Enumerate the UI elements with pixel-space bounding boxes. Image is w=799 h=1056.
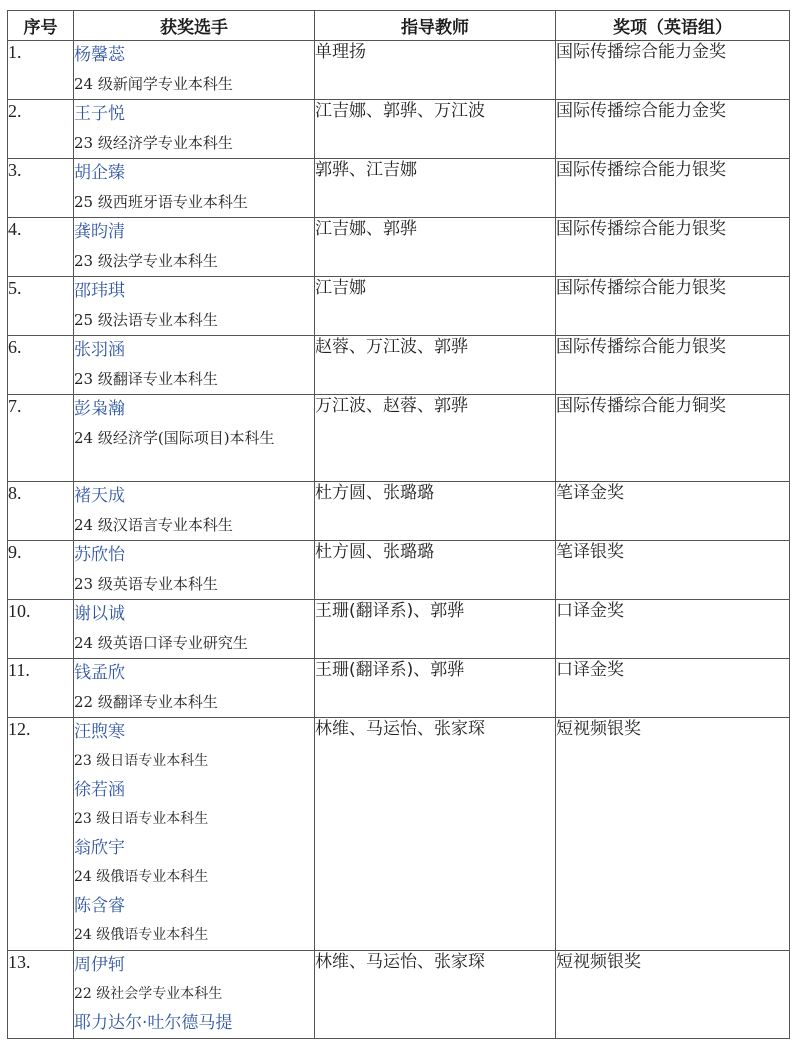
student-description: 24 级英语口译专业研究生	[74, 629, 314, 658]
table-row: 2. 王子悦 23 级经济学专业本科生 江吉娜、郭骅、万江波 国际传播综合能力金…	[8, 100, 790, 159]
award-cell: 国际传播综合能力银奖	[556, 218, 790, 277]
row-index: 7.	[8, 395, 74, 482]
row-index: 6.	[8, 336, 74, 395]
award-cell: 国际传播综合能力金奖	[556, 100, 790, 159]
teacher-cell: 林维、马运怡、张家琛	[315, 951, 556, 1039]
table-row: 1. 杨馨蕊 24 级新闻学专业本科生 单理扬 国际传播综合能力金奖	[8, 41, 790, 100]
teacher-cell: 江吉娜	[315, 277, 556, 336]
row-index: 13.	[8, 951, 74, 1039]
table-row: 8. 褚天成 24 级汉语言专业本科生 杜方圆、张璐璐 笔译金奖	[8, 482, 790, 541]
header-teacher: 指导教师	[315, 11, 556, 41]
teacher-cell: 杜方圆、张璐璐	[315, 541, 556, 600]
student-description: 24 级经济学(国际项目)本科生	[74, 424, 314, 453]
student-name: 周伊轲	[74, 951, 314, 980]
header-award: 奖项（英语组）	[556, 11, 790, 41]
table-row: 11. 钱孟欣 22 级翻译专业本科生 王珊(翻译系)、郭骅 口译金奖	[8, 659, 790, 718]
student-description: 23 级法学专业本科生	[74, 247, 314, 276]
row-index: 1.	[8, 41, 74, 100]
award-cell: 短视频银奖	[556, 718, 790, 951]
student-description: 22 级翻译专业本科生	[74, 688, 314, 717]
student-description: 22 级社会学专业本科生	[74, 980, 314, 1009]
row-index: 2.	[8, 100, 74, 159]
teacher-cell: 杜方圆、张璐璐	[315, 482, 556, 541]
award-cell: 国际传播综合能力银奖	[556, 277, 790, 336]
student-name: 邵玮琪	[74, 277, 314, 306]
student-name: 褚天成	[74, 482, 314, 511]
student-cell: 龚昀清 23 级法学专业本科生	[74, 218, 315, 277]
student-cell: 苏欣怡 23 级英语专业本科生	[74, 541, 315, 600]
student-cell: 周伊轲 22 级社会学专业本科生 耶力达尔·吐尔德马提	[74, 951, 315, 1039]
student-cell: 邵玮琪 25 级法语专业本科生	[74, 277, 315, 336]
table-row: 5. 邵玮琪 25 级法语专业本科生 江吉娜 国际传播综合能力银奖	[8, 277, 790, 336]
teacher-cell: 郭骅、江吉娜	[315, 159, 556, 218]
student-name: 张羽涵	[74, 336, 314, 365]
row-index: 12.	[8, 718, 74, 951]
student-name: 耶力达尔·吐尔德马提	[74, 1009, 314, 1038]
award-cell: 笔译银奖	[556, 541, 790, 600]
table-row: 7. 彭枭瀚 24 级经济学(国际项目)本科生 万江波、赵蓉、郭骅 国际传播综合…	[8, 395, 790, 482]
student-name: 陈含睿	[74, 892, 314, 921]
award-cell: 短视频银奖	[556, 951, 790, 1039]
student-description: 25 级西班牙语专业本科生	[74, 188, 314, 217]
student-name: 杨馨蕊	[74, 41, 314, 70]
student-cell: 谢以诚 24 级英语口译专业研究生	[74, 600, 315, 659]
row-index: 8.	[8, 482, 74, 541]
student-cell: 钱孟欣 22 级翻译专业本科生	[74, 659, 315, 718]
student-name: 汪煦寒	[74, 718, 314, 747]
teacher-cell: 林维、马运怡、张家琛	[315, 718, 556, 951]
teacher-cell: 万江波、赵蓉、郭骅	[315, 395, 556, 482]
student-name: 龚昀清	[74, 218, 314, 247]
award-cell: 国际传播综合能力金奖	[556, 41, 790, 100]
header-student: 获奖选手	[74, 11, 315, 41]
student-cell: 杨馨蕊 24 级新闻学专业本科生	[74, 41, 315, 100]
teacher-cell: 江吉娜、郭骅、万江波	[315, 100, 556, 159]
row-index: 9.	[8, 541, 74, 600]
student-description: 25 级法语专业本科生	[74, 306, 314, 335]
student-description: 23 级日语专业本科生	[74, 747, 314, 776]
student-cell: 彭枭瀚 24 级经济学(国际项目)本科生	[74, 395, 315, 482]
header-row: 序号 获奖选手 指导教师 奖项（英语组）	[8, 11, 790, 41]
student-name: 徐若涵	[74, 776, 314, 805]
student-name: 王子悦	[74, 100, 314, 129]
student-description: 23 级经济学专业本科生	[74, 129, 314, 158]
award-cell: 国际传播综合能力银奖	[556, 159, 790, 218]
teacher-cell: 王珊(翻译系)、郭骅	[315, 659, 556, 718]
table-row: 4. 龚昀清 23 级法学专业本科生 江吉娜、郭骅 国际传播综合能力银奖	[8, 218, 790, 277]
student-description: 24 级新闻学专业本科生	[74, 70, 314, 99]
student-description: 23 级日语专业本科生	[74, 805, 314, 834]
student-name: 胡企臻	[74, 159, 314, 188]
student-cell: 褚天成 24 级汉语言专业本科生	[74, 482, 315, 541]
table-row: 6. 张羽涵 23 级翻译专业本科生 赵蓉、万江波、郭骅 国际传播综合能力银奖	[8, 336, 790, 395]
teacher-cell: 王珊(翻译系)、郭骅	[315, 600, 556, 659]
table-row: 10. 谢以诚 24 级英语口译专业研究生 王珊(翻译系)、郭骅 口译金奖	[8, 600, 790, 659]
award-cell: 国际传播综合能力铜奖	[556, 395, 790, 482]
table-row: 9. 苏欣怡 23 级英语专业本科生 杜方圆、张璐璐 笔译银奖	[8, 541, 790, 600]
student-cell: 汪煦寒 23 级日语专业本科生 徐若涵 23 级日语专业本科生 翁欣宇 24 级…	[74, 718, 315, 951]
student-name: 苏欣怡	[74, 541, 314, 570]
header-index: 序号	[8, 11, 74, 41]
award-cell: 国际传播综合能力银奖	[556, 336, 790, 395]
student-cell: 胡企臻 25 级西班牙语专业本科生	[74, 159, 315, 218]
student-name: 彭枭瀚	[74, 395, 314, 424]
student-cell: 王子悦 23 级经济学专业本科生	[74, 100, 315, 159]
teacher-cell: 赵蓉、万江波、郭骅	[315, 336, 556, 395]
table-row: 3. 胡企臻 25 级西班牙语专业本科生 郭骅、江吉娜 国际传播综合能力银奖	[8, 159, 790, 218]
row-index: 11.	[8, 659, 74, 718]
teacher-cell: 江吉娜、郭骅	[315, 218, 556, 277]
table-row: 12. 汪煦寒 23 级日语专业本科生 徐若涵 23 级日语专业本科生 翁欣宇 …	[8, 718, 790, 951]
table-row: 13. 周伊轲 22 级社会学专业本科生 耶力达尔·吐尔德马提 林维、马运怡、张…	[8, 951, 790, 1039]
student-description: 23 级英语专业本科生	[74, 570, 314, 599]
awards-table: 序号 获奖选手 指导教师 奖项（英语组） 1. 杨馨蕊 24 级新闻学专业本科生…	[7, 10, 790, 1039]
row-index: 3.	[8, 159, 74, 218]
student-description: 24 级俄语专业本科生	[74, 921, 314, 950]
award-cell: 口译金奖	[556, 659, 790, 718]
student-description: 24 级汉语言专业本科生	[74, 511, 314, 540]
student-cell: 张羽涵 23 级翻译专业本科生	[74, 336, 315, 395]
student-name: 钱孟欣	[74, 659, 314, 688]
row-index: 4.	[8, 218, 74, 277]
row-index: 10.	[8, 600, 74, 659]
award-cell: 口译金奖	[556, 600, 790, 659]
row-index: 5.	[8, 277, 74, 336]
student-description: 24 级俄语专业本科生	[74, 863, 314, 892]
student-name: 谢以诚	[74, 600, 314, 629]
student-description: 23 级翻译专业本科生	[74, 365, 314, 394]
award-cell: 笔译金奖	[556, 482, 790, 541]
student-name: 翁欣宇	[74, 834, 314, 863]
teacher-cell: 单理扬	[315, 41, 556, 100]
